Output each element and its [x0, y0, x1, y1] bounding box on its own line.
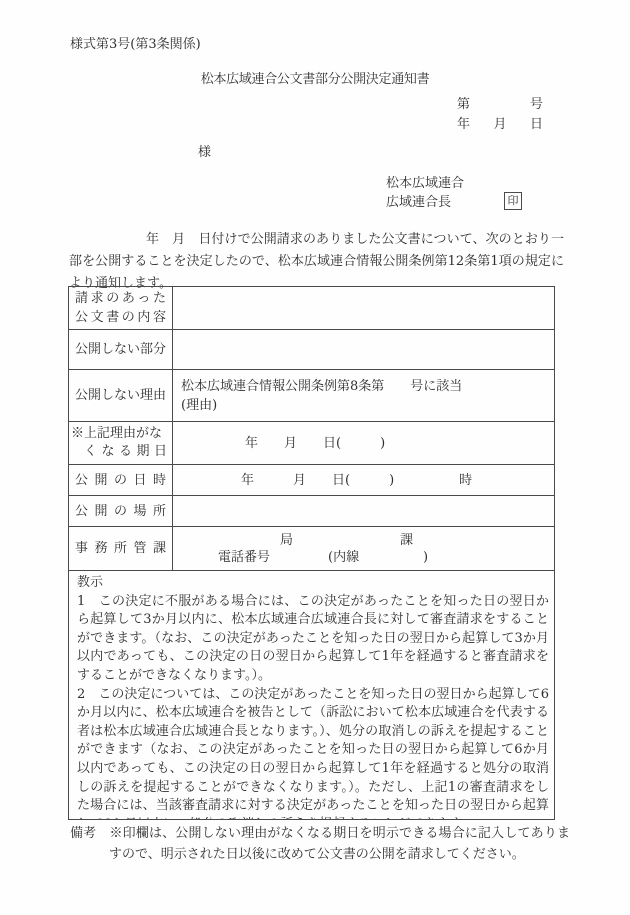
reason-detail-line: (理由)	[181, 396, 554, 415]
nondisclosure-reason-value: 松本広域連合情報公開条例第8条第 号に該当 (理由)	[173, 370, 554, 421]
extension-close-label: )	[423, 548, 428, 567]
table-row-nondisclosure-reason: 公開しない理由 松本広域連合情報公開条例第8条第 号に該当 (理由)	[69, 370, 554, 422]
form-number: 様式第3号(第3条関係)	[70, 36, 201, 54]
row-label: 公開しない理由	[69, 370, 173, 421]
sender-organization: 松本広域連合	[386, 175, 464, 193]
table-row-disclosure-place: 公開の場所	[69, 496, 554, 527]
document-page: 様式第3号(第3条関係) 松本広域連合公文書部分公開決定通知書 第 号 年 月 …	[0, 0, 630, 915]
row-label: 請求のあった 公文書の内容	[69, 287, 173, 329]
date-month-label: 月	[493, 116, 506, 134]
addressee-suffix: 様	[198, 144, 211, 162]
doc-number-prefix: 第	[457, 96, 470, 114]
date-day-label: 日	[530, 116, 543, 134]
reason-expiry-date-value: 年 月 日( )	[173, 422, 554, 464]
seal-placeholder-icon: 印	[504, 192, 522, 210]
seal-label: 印	[508, 194, 519, 209]
row-label: 公開の日時	[69, 465, 173, 495]
table-row-requested-document: 請求のあった 公文書の内容	[69, 287, 554, 330]
office-in-charge-value: 局 課 電話番号 (内線 )	[173, 527, 554, 570]
document-number-line: 第 号	[457, 96, 543, 114]
remarks-note: 備考 ※印欄は、公開しない理由がなくなる期日を明示できる場合に記入してありますの…	[70, 823, 570, 865]
nondisclosed-part-value	[173, 330, 554, 369]
requested-document-value	[173, 287, 554, 329]
date-year-label: 年	[457, 116, 470, 134]
reason-ordinance-line: 松本広域連合情報公開条例第8条第 号に該当	[181, 377, 554, 396]
row-label: 事務所管課	[69, 527, 173, 570]
disclosure-place-value	[173, 496, 554, 526]
table-row-office-in-charge: 事務所管課 局 課 電話番号 (内線 )	[69, 527, 554, 571]
phone-number-label: 電話番号	[218, 548, 270, 567]
row-label: 公開しない部分	[69, 330, 173, 369]
row-label: 公開の場所	[69, 496, 173, 526]
date-line: 年 月 日	[457, 116, 543, 134]
page-title: 松本広域連合公文書部分公開決定通知書	[0, 71, 630, 89]
doc-number-suffix: 号	[530, 96, 543, 114]
table-row-nondisclosed-part: 公開しない部分	[69, 330, 554, 370]
decision-table: 請求のあった 公文書の内容 公開しない部分 公開しない理由 松本広域連合情報公開…	[68, 286, 555, 820]
instructions-heading: 教示	[77, 574, 549, 593]
instructions-item-1: 1 この決定に不服がある場合には、この決定があったことを知った日の翌日から起算し…	[77, 593, 549, 686]
table-row-disclosure-datetime: 公開の日時 年 月 日( ) 時	[69, 465, 554, 496]
disclosure-datetime-value: 年 月 日( ) 時	[173, 465, 554, 495]
table-row-reason-expiry-date: ※上記理由がな くなる期日 年 月 日( )	[69, 422, 554, 465]
instructions-box: 教示 1 この決定に不服がある場合には、この決定があったことを知った日の翌日から…	[69, 571, 554, 819]
section-label: 課	[400, 531, 413, 550]
instructions-item-2: 2 この決定については、この決定があったことを知った日の翌日から起算して6か月以…	[77, 686, 549, 819]
bureau-label: 局	[280, 531, 293, 550]
extension-open-label: (内線	[328, 548, 359, 567]
sender-role: 広域連合長	[386, 194, 451, 212]
row-label: ※上記理由がな くなる期日	[69, 422, 173, 464]
